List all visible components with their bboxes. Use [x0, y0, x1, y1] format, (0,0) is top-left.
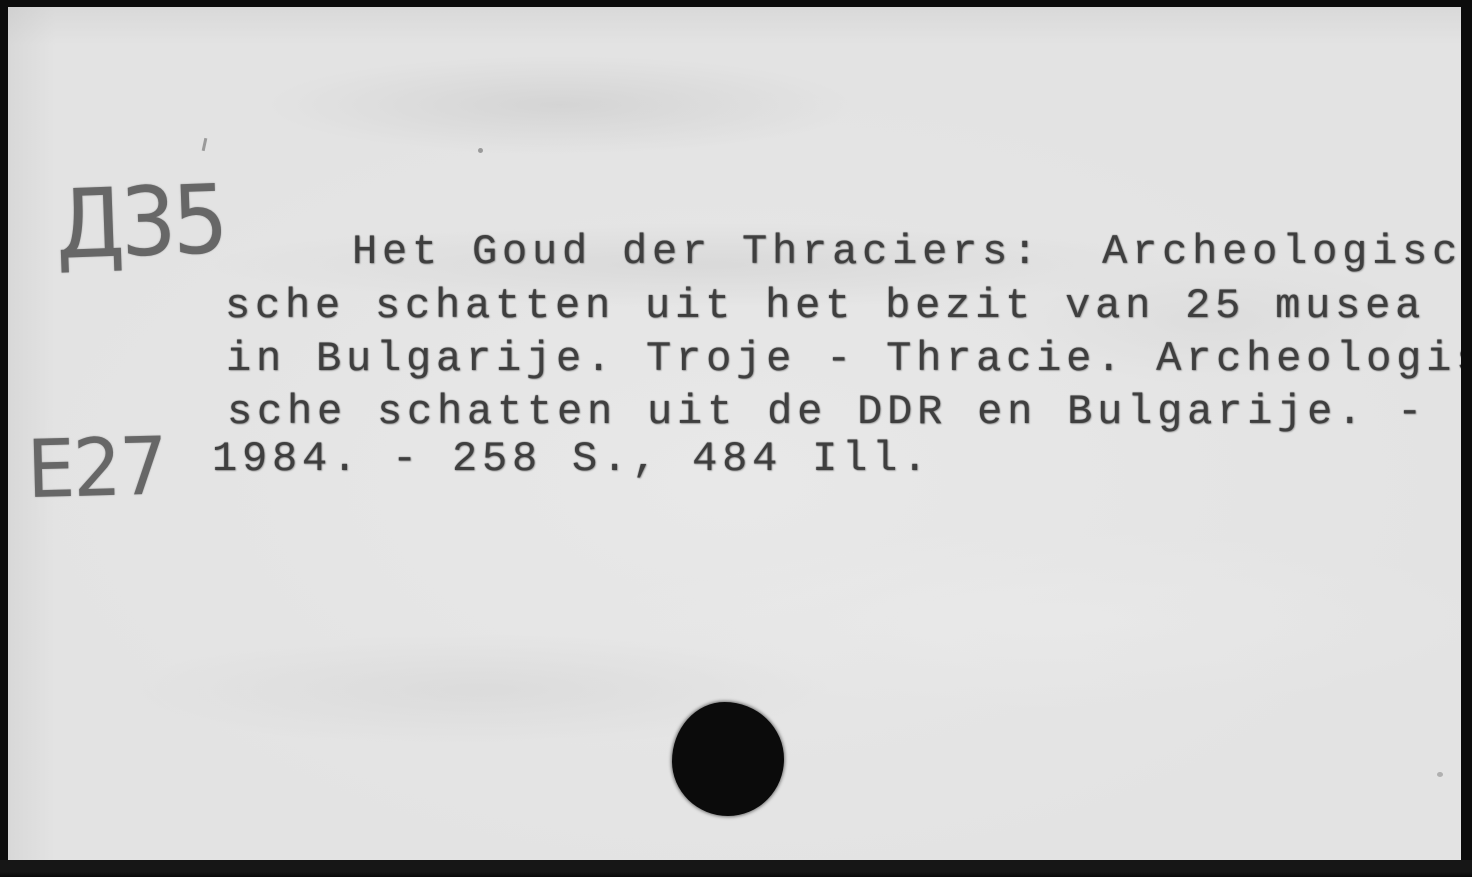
- typewritten-line-5: 1984. - 258 S., 484 Ill.: [212, 436, 932, 482]
- film-edge-top: [0, 0, 1472, 7]
- scan-speck: [1437, 772, 1443, 777]
- typewritten-line-2: sche schatten uit het bezit van 25 musea: [225, 283, 1425, 329]
- film-edge-right: [1461, 0, 1472, 877]
- typewritten-line-4: sche schatten uit de DDR en Bulgarije. -: [227, 389, 1427, 435]
- ink-blot: [672, 702, 784, 816]
- scan-speck: [478, 148, 483, 153]
- typewritten-line-1: Het Goud der Thraciers: Archeologisc: [352, 229, 1462, 275]
- film-edge-bottom: [0, 860, 1472, 877]
- handwritten-classmark-top: Д35: [54, 172, 226, 273]
- handwritten-classmark-bottom: E27: [26, 426, 167, 509]
- scanned-catalog-card: Д35 E27 Het Goud der Thraciers: Archeolo…: [0, 0, 1472, 877]
- film-edge-left: [0, 0, 8, 877]
- typewritten-line-3: in Bulgarije. Troje - Thracie. Archeolog…: [226, 336, 1472, 382]
